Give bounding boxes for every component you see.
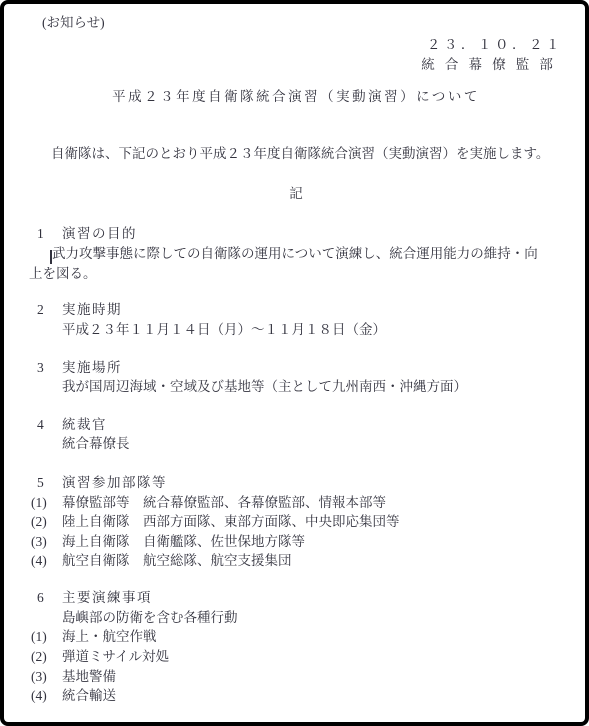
ki-marker: 記 bbox=[29, 184, 563, 204]
section-6-item-4-text: 統合輸送 bbox=[62, 686, 116, 706]
section-1-body: 武力攻撃事態に際しての自衛隊の運用について演練し、統合運用能力の維持・向上を図る… bbox=[29, 244, 545, 283]
document-date: ２３．１０．２１ bbox=[29, 35, 563, 55]
section-3-heading: 3 実施場所 bbox=[29, 358, 563, 378]
section-6-number: 6 bbox=[37, 588, 62, 608]
section-4-number: 4 bbox=[37, 415, 62, 435]
section-5-item-1: (1) 幕僚監部等 統合幕僚監部、各幕僚監部、情報本部等 bbox=[29, 493, 563, 513]
document-title: 平成２３年度自衛隊統合演習（実動演習）について bbox=[29, 87, 563, 107]
section-6-heading: 6 主要演練事項 bbox=[29, 588, 563, 608]
section-2-number: 2 bbox=[37, 300, 62, 320]
section-2-heading: 2 実施時期 bbox=[29, 300, 563, 320]
section-2-heading-text: 実施時期 bbox=[62, 300, 122, 320]
section-3-heading-text: 実施場所 bbox=[62, 358, 122, 378]
section-4-heading: 4 統裁官 bbox=[29, 415, 563, 435]
issuing-organization: 統合幕僚監部 bbox=[29, 55, 563, 75]
section-5-item-1-text: 幕僚監部等 統合幕僚監部、各幕僚監部、情報本部等 bbox=[62, 493, 386, 513]
section-6-body: 島嶼部の防衛を含む各種行動 bbox=[29, 608, 563, 628]
section-6-heading-text: 主要演練事項 bbox=[62, 588, 152, 608]
section-6-item-2-text: 弾道ミサイル対処 bbox=[62, 647, 169, 667]
section-1-heading-text: 演習の目的 bbox=[62, 224, 137, 244]
section-5-item-2-marker: (2) bbox=[31, 512, 62, 532]
section-6-item-3-marker: (3) bbox=[31, 667, 62, 687]
section-6-item-4-marker: (4) bbox=[31, 686, 62, 706]
section-1-number: 1 bbox=[37, 224, 62, 244]
section-6-item-3-text: 基地警備 bbox=[62, 667, 116, 687]
document-content: (お知らせ) ２３．１０．２１ 統合幕僚監部 平成２３年度自衛隊統合演習（実動演… bbox=[4, 4, 585, 722]
section-6-item-1-marker: (1) bbox=[31, 627, 62, 647]
section-2-body: 平成２３年１１月１４日（月）～１１月１８日（金） bbox=[29, 320, 563, 340]
section-5-item-1-marker: (1) bbox=[31, 493, 62, 513]
section-4-body: 統合幕僚長 bbox=[29, 434, 563, 454]
text-cursor bbox=[50, 250, 52, 264]
notice-document: (お知らせ) ２３．１０．２１ 統合幕僚監部 平成２３年度自衛隊統合演習（実動演… bbox=[0, 0, 589, 726]
section-6-item-4: (4) 統合輸送 bbox=[29, 686, 563, 706]
section-5-item-4-text: 航空自衛隊 航空総隊、航空支援集団 bbox=[62, 551, 292, 571]
section-5-heading: 5 演習参加部隊等 bbox=[29, 473, 563, 493]
section-5-item-4-marker: (4) bbox=[31, 551, 62, 571]
section-6-item-1: (1) 海上・航空作戦 bbox=[29, 627, 563, 647]
section-6-item-1-text: 海上・航空作戦 bbox=[62, 627, 157, 647]
section-5-item-3: (3) 海上自衛隊 自衛艦隊、佐世保地方隊等 bbox=[29, 532, 563, 552]
section-5-item-3-marker: (3) bbox=[31, 532, 62, 552]
section-6-item-2-marker: (2) bbox=[31, 647, 62, 667]
section-4-heading-text: 統裁官 bbox=[62, 415, 107, 435]
section-5-item-4: (4) 航空自衛隊 航空総隊、航空支援集団 bbox=[29, 551, 563, 571]
section-5-number: 5 bbox=[37, 473, 62, 493]
section-6-item-3: (3) 基地警備 bbox=[29, 667, 563, 687]
section-3-number: 3 bbox=[37, 358, 62, 378]
section-6-item-2: (2) 弾道ミサイル対処 bbox=[29, 647, 563, 667]
section-5-item-2-text: 陸上自衛隊 西部方面隊、東部方面隊、中央即応集団等 bbox=[62, 512, 400, 532]
section-5-item-2: (2) 陸上自衛隊 西部方面隊、東部方面隊、中央即応集団等 bbox=[29, 512, 563, 532]
section-5-item-3-text: 海上自衛隊 自衛艦隊、佐世保地方隊等 bbox=[62, 532, 305, 552]
section-5-heading-text: 演習参加部隊等 bbox=[62, 473, 167, 493]
section-1-heading: 1 演習の目的 bbox=[29, 224, 563, 244]
intro-sentence: 自衛隊は、下記のとおり平成２３年度自衛隊統合演習（実動演習）を実施します。 bbox=[29, 144, 563, 164]
section-3-body: 我が国周辺海域・空域及び基地等（主として九州南西・沖縄方面） bbox=[29, 377, 563, 397]
notice-label: (お知らせ) bbox=[29, 13, 563, 33]
